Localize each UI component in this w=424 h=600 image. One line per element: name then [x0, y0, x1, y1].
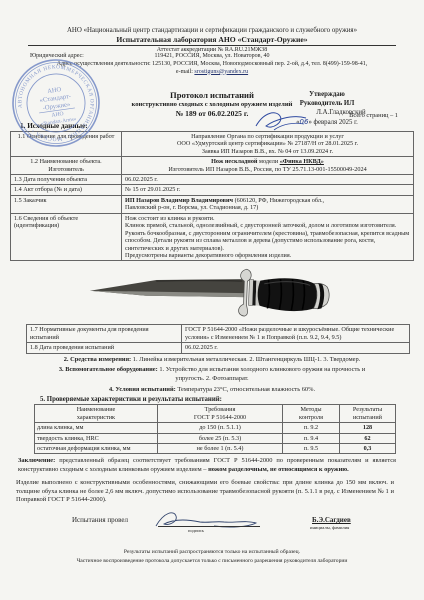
results-row: твердость клинка, HRC более 25 (п. 5.3) … [35, 433, 396, 443]
row-label: 1.7 Нормативные документы для проведения… [27, 325, 182, 343]
section5-heading: 5. Проверяемые характеристики и результа… [40, 396, 424, 403]
table-row: 1.8 Дата проведения испытаний 06.02.2025… [27, 343, 410, 353]
tester-signature-icon [150, 506, 270, 532]
results-table: Наименованиехарактеристик ТребованияГОСТ… [34, 404, 396, 454]
results-row: остаточная деформация клинка, мм не боле… [35, 444, 396, 454]
row-value: Нож нескладной модели «Финка НКВД» Изгот… [122, 157, 414, 175]
tester-name-caption: инициалы, фамилия [310, 525, 349, 530]
results-row: длина клинка, мм до 150 (п. 5.1.1) п. 9.… [35, 423, 396, 433]
requirement: не более 1 (п. 5.4) [158, 444, 283, 454]
footer-line: Частичное воспроизведение протокола допу… [0, 557, 424, 565]
column-header: Наименованиехарактеристик [35, 405, 158, 423]
method: п. 9.5 [283, 444, 340, 454]
signing-block: Испытания провел подпись Б.Э.Сагдиев ини… [0, 512, 424, 546]
email-link[interactable]: srostiguns@yandex.ru [194, 69, 248, 75]
design-features-paragraph: Изделие выполнено с конструктивными особ… [16, 479, 394, 504]
auxiliary-equipment-section: 3. Вспомогательное оборудование: 1. Устр… [0, 366, 424, 383]
result-value: 128 [340, 423, 396, 433]
characteristic-name: твердость клинка, HRC [35, 433, 158, 443]
protocol-document: АНО «Национальный центр стандартизации и… [0, 0, 424, 600]
row-value: ИП Назаров Владимир Владимирович (606120… [122, 195, 414, 213]
knife-photo [0, 265, 424, 322]
table-row: 1.6 Сведения об объекте (идентификация) … [11, 213, 414, 261]
protocol-title: Протокол испытаний [0, 90, 424, 101]
characteristic-name: остаточная деформация клинка, мм [35, 444, 158, 454]
laboratory-name: Испытательная лаборатория АНО «Стандарт-… [28, 35, 396, 46]
table-row: 1.2 Наименование объекта. Изготовитель Н… [11, 157, 414, 175]
row-value: Нож состоит из клинка и рукояти. Клинок … [122, 213, 414, 261]
row-value: ГОСТ Р 51644-2000 «Ножи разделочные и шк… [182, 325, 410, 343]
initial-data-table: 1.1 Основание для проведения работ Напра… [10, 131, 414, 262]
method: п. 9.2 [283, 423, 340, 433]
requirement: более 25 (п. 5.3) [158, 433, 283, 443]
table-row: 1.5 Заказчик ИП Назаров Владимир Владими… [11, 195, 414, 213]
characteristic-name: длина клинка, мм [35, 423, 158, 433]
tester-name: Б.Э.Сагдиев [312, 516, 351, 524]
footer-line: Результаты испытаний распространяются то… [0, 548, 424, 556]
performed-by-label: Испытания провел [72, 516, 128, 524]
row-label: 1.3 Дата получения объекта [11, 175, 122, 185]
table-row: 1.7 Нормативные документы для проведения… [27, 325, 410, 343]
normative-table: 1.7 Нормативные документы для проведения… [26, 324, 410, 353]
row-value: 06.02.2025 г. [182, 343, 410, 353]
legal-address: 119421, РОССИЯ, Москва, ул. Новаторов, 4… [155, 53, 270, 59]
test-conditions-section: 4. Условия испытаний: Температура 23°С, … [0, 386, 424, 395]
results-header-row: Наименованиехарактеристик ТребованияГОСТ… [35, 405, 396, 423]
result-value: 0,3 [340, 444, 396, 454]
row-value: Направление Органа по сертификации проду… [122, 131, 414, 156]
organization-name: АНО «Национальный центр стандартизации и… [0, 27, 424, 34]
signature-line [158, 526, 260, 527]
email-label: e-mail: [176, 69, 195, 75]
row-label: 1.8 Дата проведения испытаний [27, 343, 182, 353]
document-header: АНО «Национальный центр стандартизации и… [0, 0, 424, 53]
signature-caption: подпись [188, 528, 204, 533]
conclusion-paragraph: Заключение: представленный образец соотв… [18, 457, 396, 474]
row-label: 1.6 Сведения об объекте (идентификация) [11, 213, 122, 261]
result-value: 62 [340, 433, 396, 443]
row-label: 1.2 Наименование объекта. Изготовитель [11, 157, 122, 175]
protocol-subtitle: конструктивно сходных с холодным оружием… [0, 101, 424, 109]
pages-count: Всего страниц – 1 [349, 112, 398, 120]
row-value: № 15 от 29.01.2025 г. [122, 185, 414, 195]
measuring-tools-section: 2. Средства измерения: 1. Линейка измери… [0, 356, 424, 365]
title-block: Протокол испытаний конструктивно сходных… [0, 90, 424, 118]
requirement: до 150 (п. 5.1.1) [158, 423, 283, 433]
row-label: 1.5 Заказчик [11, 195, 122, 213]
row-label: 1.4 Акт отбора (№ и дата) [11, 185, 122, 195]
knife-image-icon [86, 265, 338, 317]
method: п. 9.4 [283, 433, 340, 443]
column-header: ТребованияГОСТ Р 51644-2000 [158, 405, 283, 423]
column-header: Результатыиспытаний [340, 405, 396, 423]
table-row: 1.4 Акт отбора (№ и дата) № 15 от 29.01.… [11, 185, 414, 195]
activity-address: 125130, РОССИЯ, Москва, Новоподмосковный… [152, 61, 367, 67]
column-header: Методыконтроля [283, 405, 340, 423]
row-value: 06.02.2025 г. [122, 175, 414, 185]
table-row: 1.3 Дата получения объекта 06.02.2025 г. [11, 175, 414, 185]
footer-notes: Результаты испытаний распространяются то… [0, 548, 424, 564]
